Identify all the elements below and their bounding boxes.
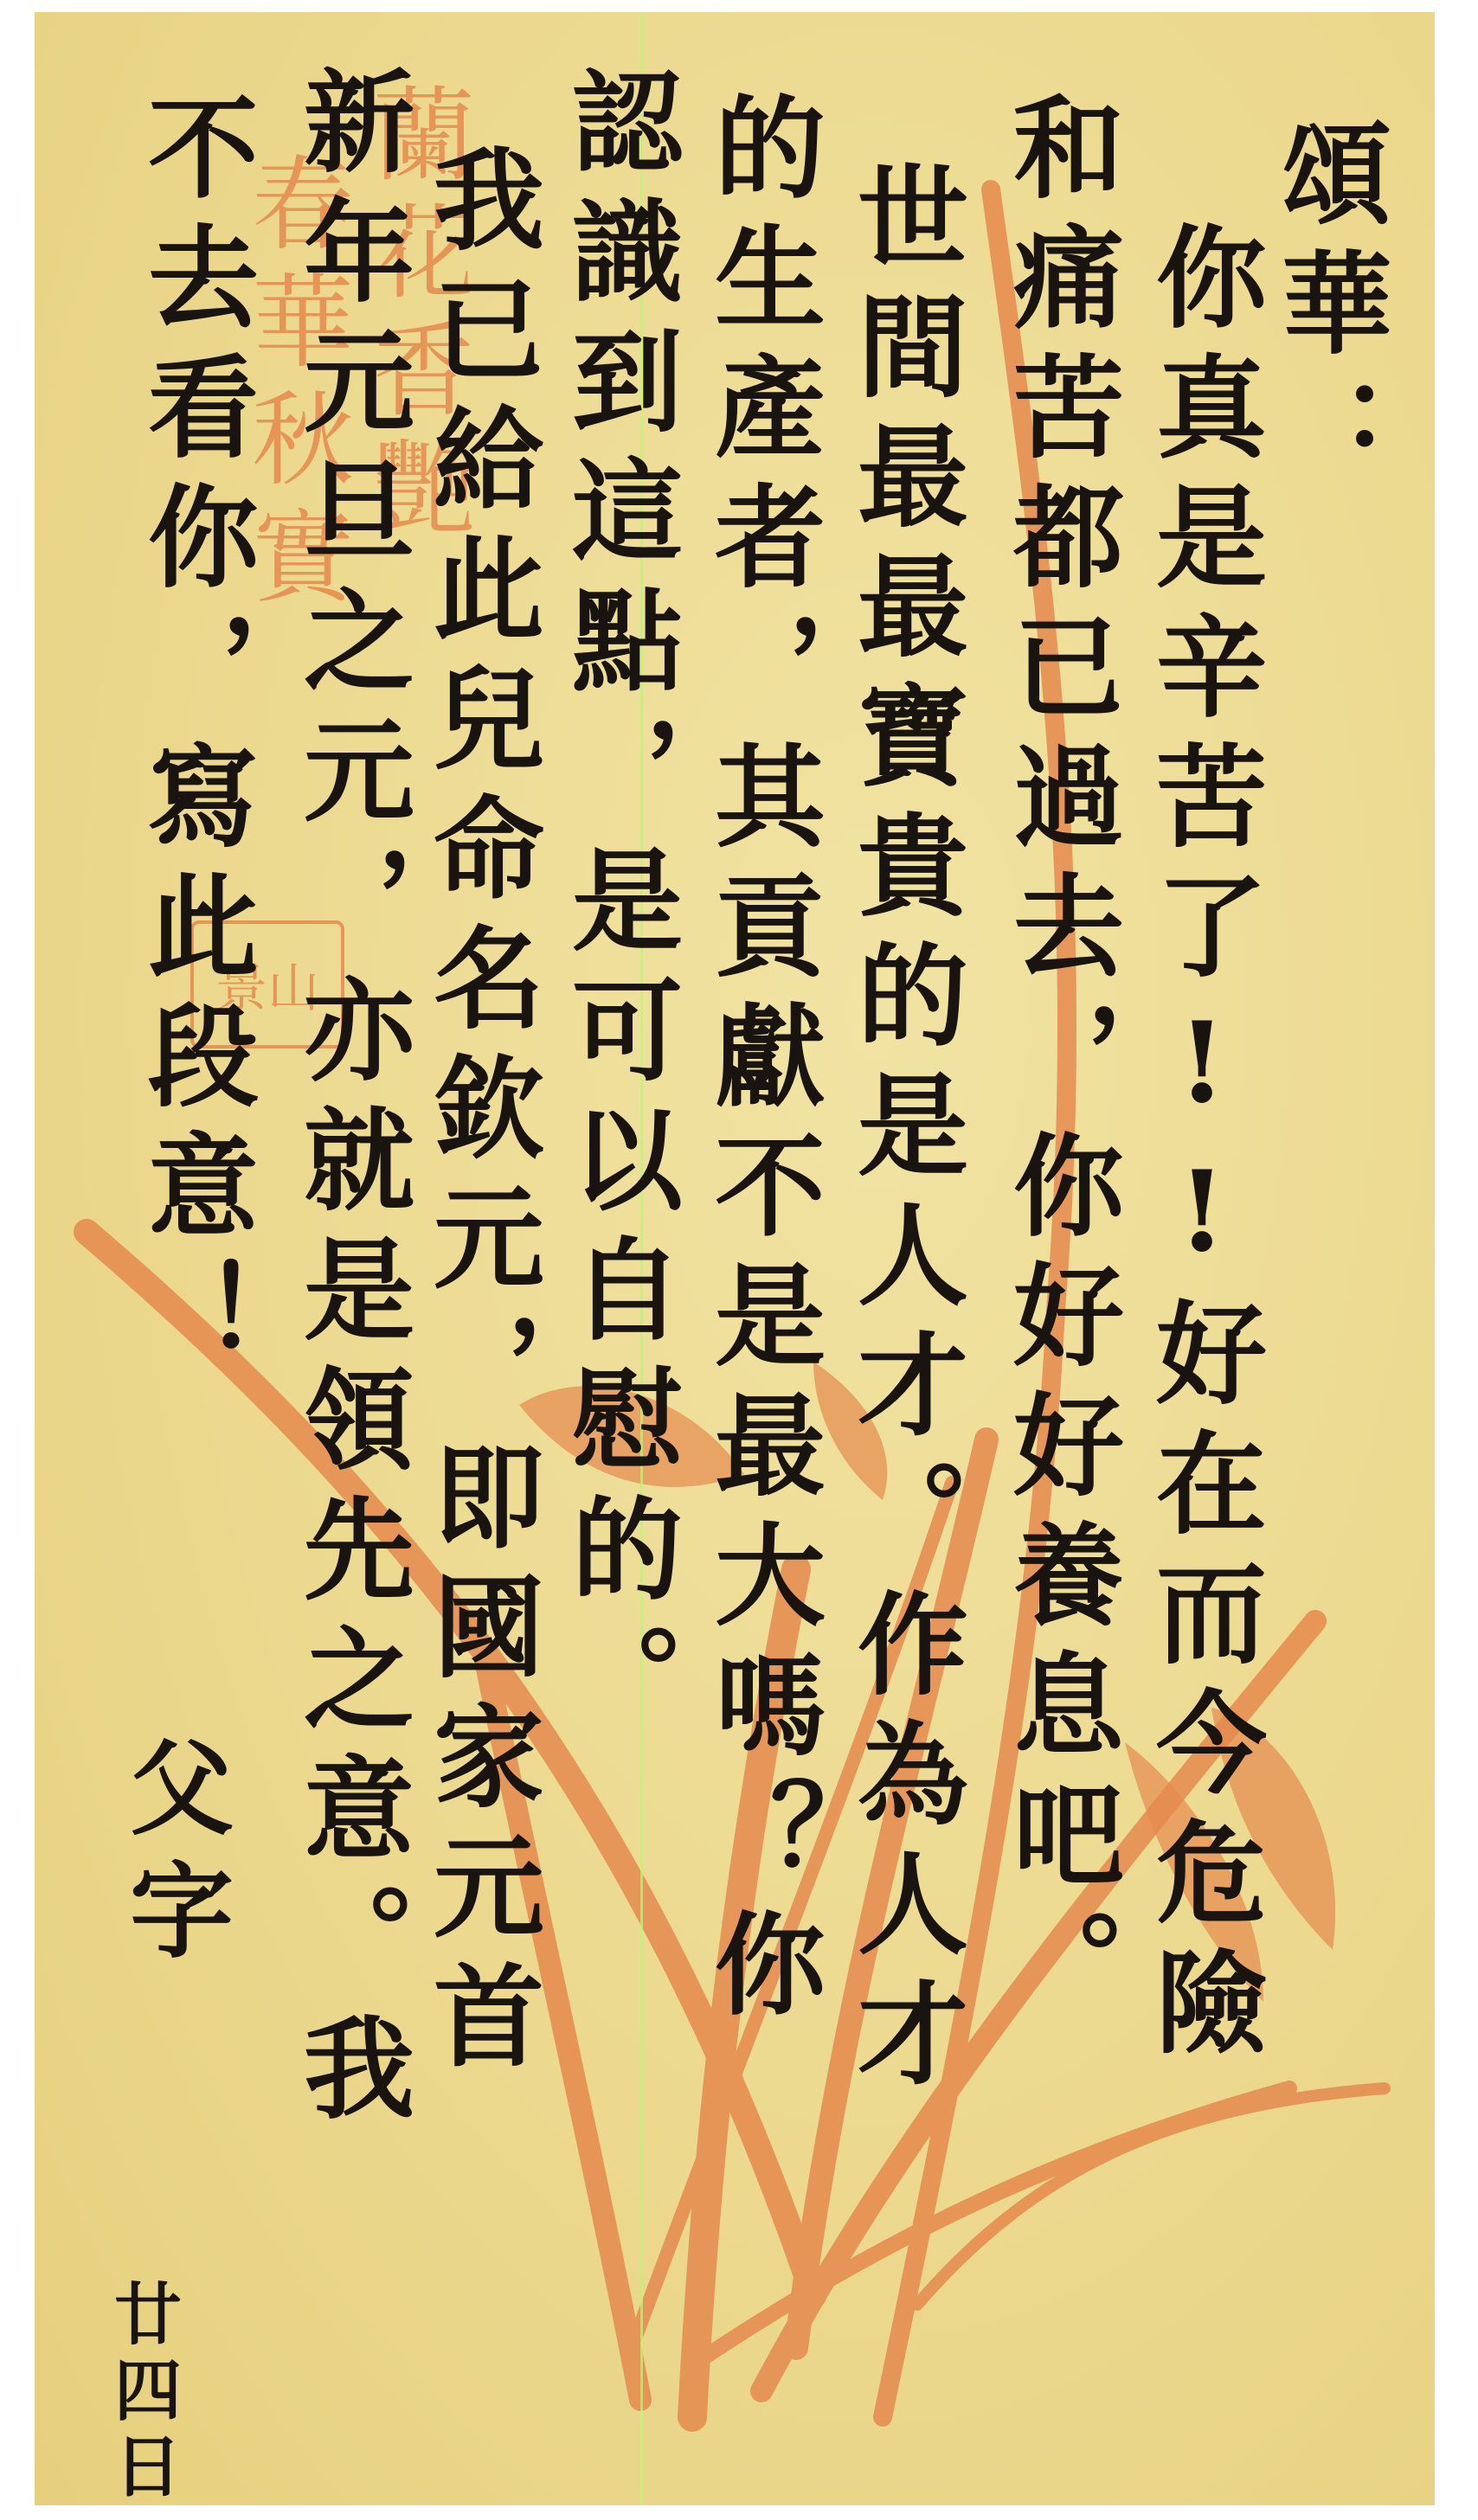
letter-paper: 蘭花香艷 春華秋實 景山 頌華： 你真是辛苦了!!好在而今危險 和痛苦都已過去，… xyxy=(35,12,1435,2505)
letter-column-2: 你真是辛苦了!!好在而今危險 xyxy=(1147,220,1257,2074)
letter-column-9: 不去看你，寫此段意！ xyxy=(138,90,249,1388)
letter-column-5: 的生產者，其貢獻不是最大嗎？你 xyxy=(705,90,816,2036)
letter-column-4: 世間最最寶貴的是人才。作為人才 xyxy=(848,159,959,2106)
letter-date: 廿四日 xyxy=(108,2279,176,2505)
letter-column-6: 認識到這點，是可以自慰的。 xyxy=(562,64,673,1751)
letter-column-3: 和痛苦都已過去，你好好養息吧。 xyxy=(1004,90,1115,2036)
signature: 父字 xyxy=(121,1734,225,1979)
letter-column-8: 新年元旦之元，亦就是領先之意。我 xyxy=(294,64,405,2140)
letter-column-7: 我已給此兒命名欽元，即國家元首 xyxy=(424,142,535,2088)
letter-column-1: 頌華： xyxy=(1272,116,1383,505)
